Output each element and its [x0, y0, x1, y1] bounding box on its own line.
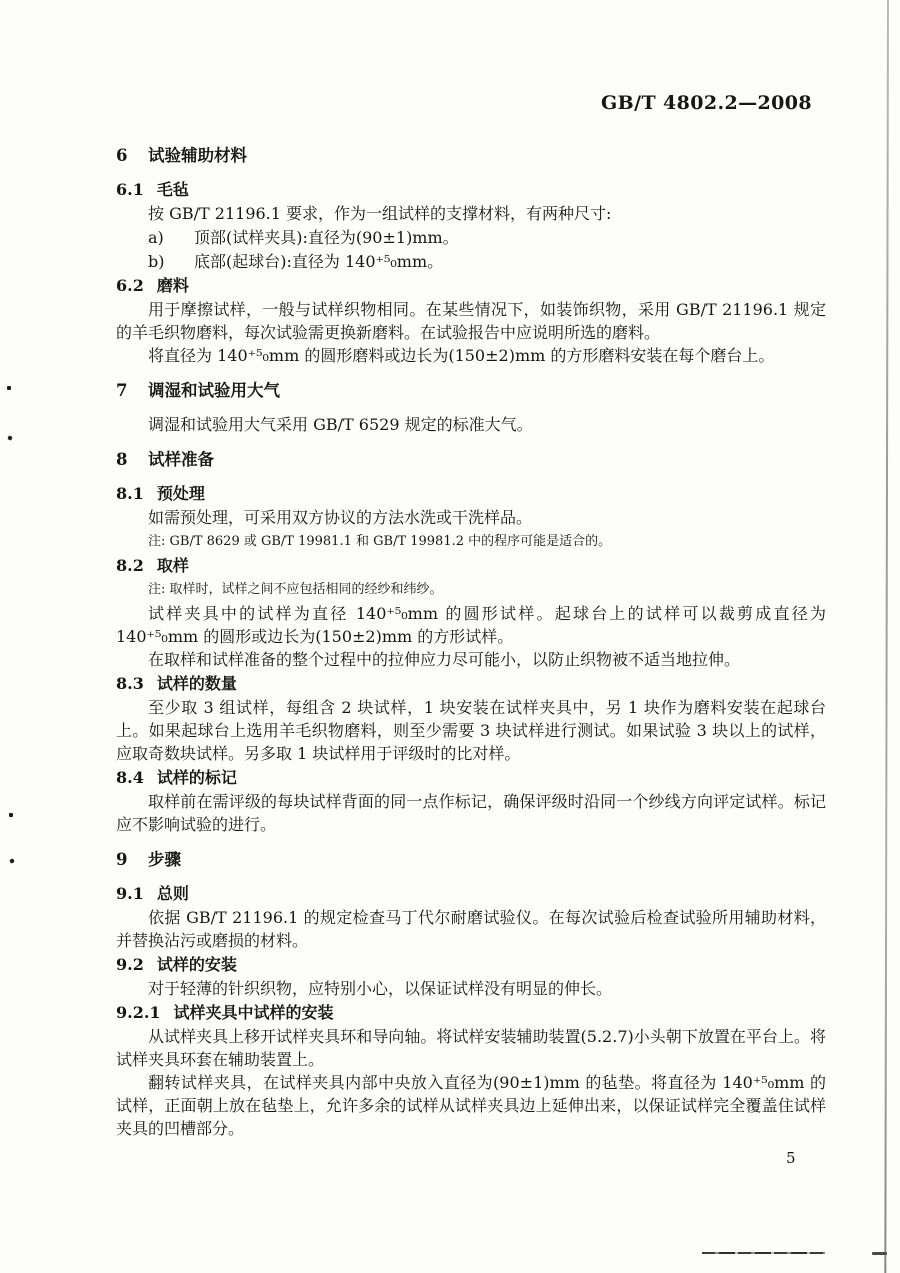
paragraph: 从试样夹具上移开试样夹具环和导向轴。将试样安装辅助装置(5.2.7)小头朝下放置…: [116, 1025, 826, 1071]
list-text: 底部(起球台):直径为 140⁺⁵₀mm。: [194, 252, 443, 271]
scan-artifact-line: [702, 1252, 825, 1254]
standard-number: GB/T 4802.2—2008: [601, 92, 812, 114]
note-text: 注: GB/T 8629 或 GB/T 19981.1 和 GB/T 19981…: [116, 531, 826, 552]
heading-title: 总则: [157, 884, 189, 903]
heading-title: 调湿和试验用大气: [148, 381, 280, 400]
paragraph: 用于摩擦试样，一般与试样织物相同。在某些情况下，如装饰织物，采用 GB/T 21…: [116, 298, 826, 344]
paragraph: 依据 GB/T 21196.1 的规定检查马丁代尔耐磨试验仪。在每次试验后检查试…: [116, 906, 826, 952]
heading-title: 试样准备: [148, 450, 214, 469]
heading-title: 步骤: [148, 850, 181, 869]
document-page: GB/T 4802.2—2008 6试验辅助材料6.1毛毡按 GB/T 2119…: [0, 0, 900, 1273]
heading-number: 6.2: [116, 276, 144, 295]
paragraph: 按 GB/T 21196.1 要求，作为一组试样的支撑材料，有两种尺寸:: [116, 202, 826, 225]
heading-number: 9.2: [116, 955, 144, 974]
heading-title: 试样夹具中试样的安装: [174, 1003, 334, 1022]
list-text: 顶部(试样夹具):直径为(90±1)mm。: [194, 228, 459, 247]
paragraph: 将直径为 140⁺⁵₀mm 的圆形磨料或边长为(150±2)mm 的方形磨料安装…: [116, 344, 826, 367]
heading-number: 9.2.1: [116, 1003, 161, 1022]
section-heading-8.2: 8.2取样: [116, 554, 826, 577]
heading-title: 试样的标记: [157, 768, 237, 787]
paragraph: 取样前在需评级的每块试样背面的同一点作标记，确保评级时沿同一个纱线方向评定试样。…: [116, 790, 826, 836]
heading-title: 预处理: [157, 484, 205, 503]
section-heading-9.2: 9.2试样的安装: [116, 953, 826, 976]
list-item: b)底部(起球台):直径为 140⁺⁵₀mm。: [116, 250, 826, 273]
heading-title: 试样的安装: [157, 955, 237, 974]
section-heading-6.1: 6.1毛毡: [116, 178, 826, 201]
heading-number: 9: [116, 848, 130, 871]
paragraph: 调湿和试验用大气采用 GB/T 6529 规定的标准大气。: [116, 413, 826, 436]
paragraph: 如需预处理，可采用双方协议的方法水洗或干洗样品。: [116, 506, 826, 529]
section-heading-8.3: 8.3试样的数量: [116, 672, 826, 695]
scan-speck: [9, 813, 13, 817]
section-heading-9.1: 9.1总则: [116, 882, 826, 905]
heading-number: 8.1: [116, 484, 144, 503]
chapter-heading-7: 7调湿和试验用大气: [116, 379, 826, 402]
list-item: a)顶部(试样夹具):直径为(90±1)mm。: [116, 226, 826, 249]
list-marker: b): [148, 250, 194, 273]
chapter-heading-8: 8试样准备: [116, 448, 826, 471]
section-heading-6.2: 6.2磨料: [116, 274, 826, 297]
heading-number: 7: [116, 379, 130, 402]
list-marker: a): [148, 226, 194, 249]
subsection-heading-9.2.1: 9.2.1试样夹具中试样的安装: [116, 1001, 826, 1024]
scan-page-edge: [884, 0, 889, 1273]
heading-number: 6.1: [116, 180, 144, 199]
heading-number: 8.4: [116, 768, 144, 787]
scan-speck: [9, 858, 14, 863]
heading-number: 8: [116, 448, 130, 471]
chapter-heading-6: 6试验辅助材料: [116, 144, 826, 167]
heading-number: 8.3: [116, 674, 144, 693]
scan-speck: [7, 386, 11, 390]
heading-number: 9.1: [116, 884, 144, 903]
section-heading-8.4: 8.4试样的标记: [116, 766, 826, 789]
document-body: 6试验辅助材料6.1毛毡按 GB/T 21196.1 要求，作为一组试样的支撑材…: [116, 144, 826, 1140]
heading-title: 磨料: [157, 276, 189, 295]
paragraph: 对于轻薄的针织织物，应特别小心，以保证试样没有明显的伸长。: [116, 977, 826, 1000]
chapter-heading-9: 9步骤: [116, 848, 826, 871]
paragraph: 至少取 3 组试样，每组含 2 块试样，1 块安装在试样夹具中，另 1 块作为磨…: [116, 696, 826, 765]
heading-title: 毛毡: [157, 180, 189, 199]
note-text: 注: 取样时，试样之间不应包括相同的经纱和纬纱。: [116, 579, 826, 600]
heading-number: 6: [116, 144, 130, 167]
paragraph: 翻转试样夹具，在试样夹具内部中央放入直径为(90±1)mm 的毡垫。将直径为 1…: [116, 1071, 826, 1140]
scan-artifact-dash: [872, 1252, 887, 1255]
scan-speck: [7, 435, 12, 440]
paragraph: 在取样和试样准备的整个过程中的拉伸应力尽可能小，以防止织物被不适当地拉伸。: [116, 648, 826, 671]
paragraph: 试样夹具中的试样为直径 140⁺⁵₀mm 的圆形试样。起球台上的试样可以裁剪成直…: [116, 602, 826, 648]
section-heading-8.1: 8.1预处理: [116, 482, 826, 505]
heading-title: 试验辅助材料: [148, 146, 247, 165]
page-number: 5: [786, 1149, 796, 1167]
heading-title: 试样的数量: [157, 674, 237, 693]
heading-title: 取样: [157, 556, 189, 575]
heading-number: 8.2: [116, 556, 144, 575]
